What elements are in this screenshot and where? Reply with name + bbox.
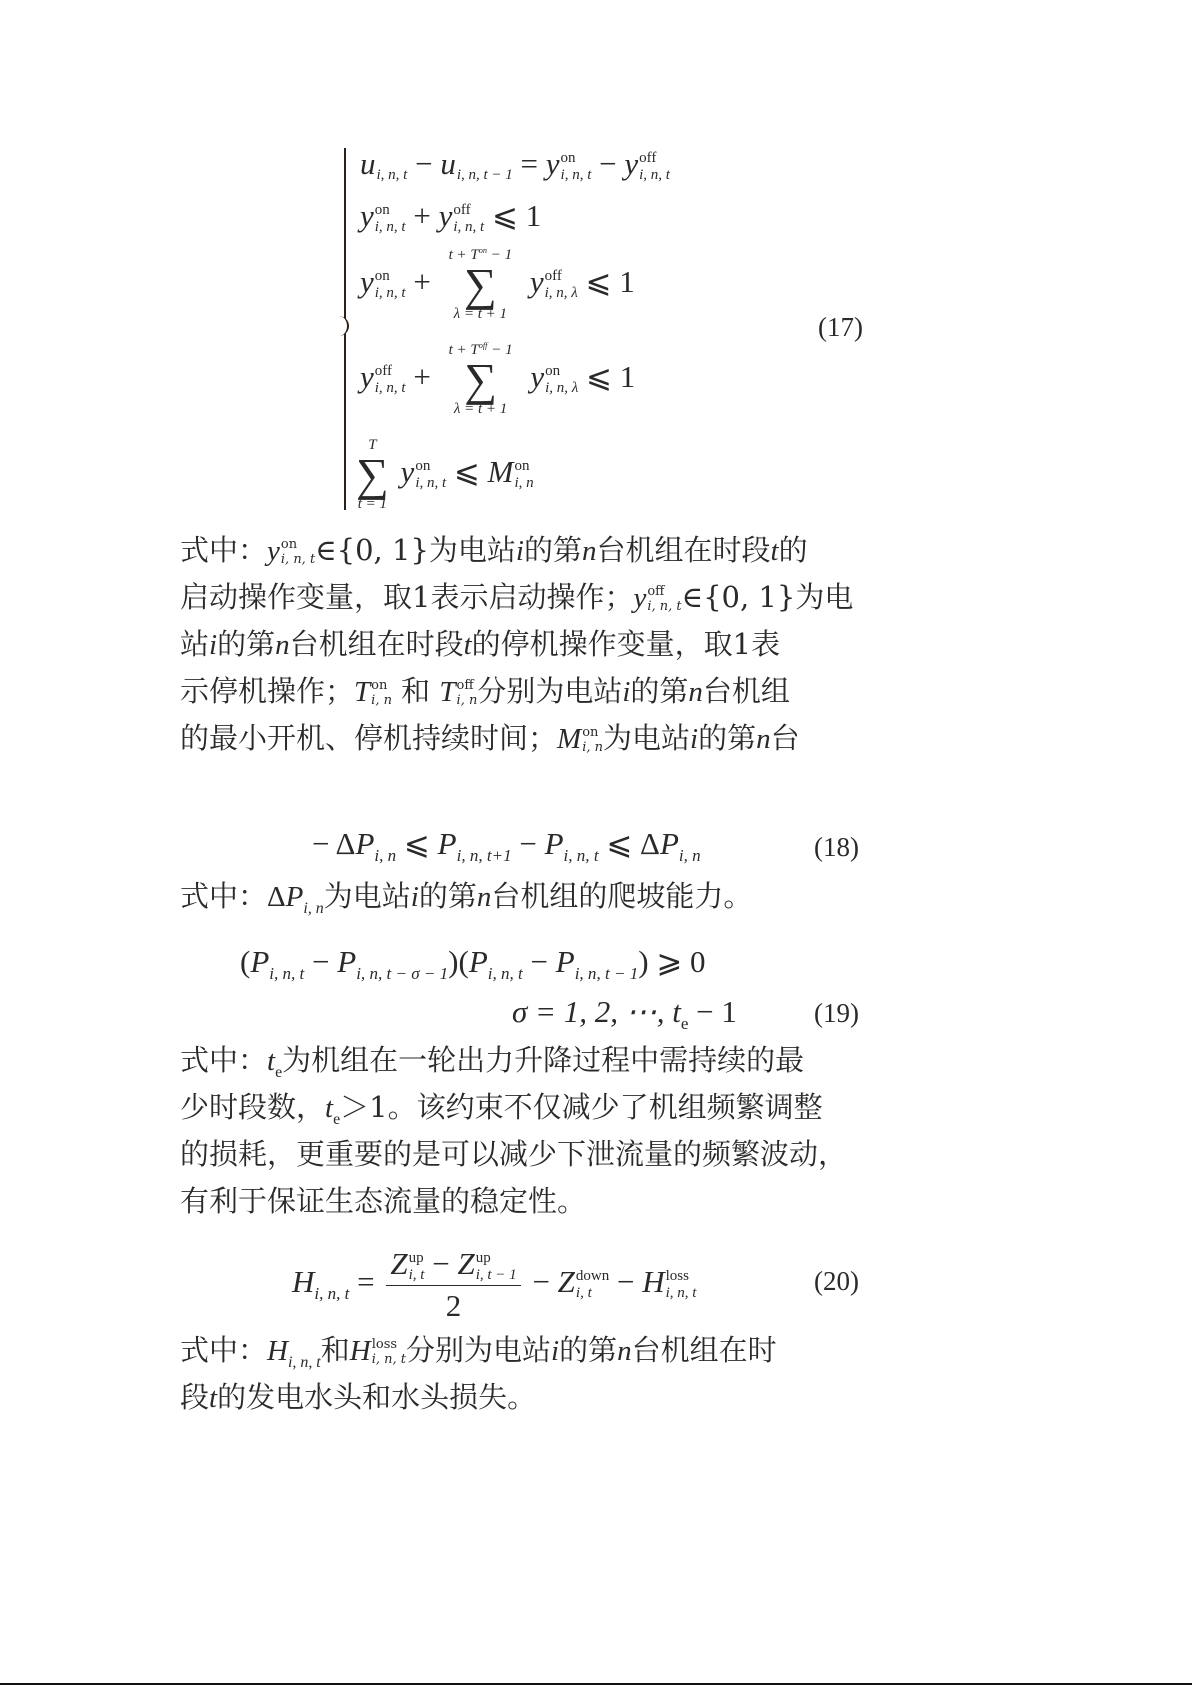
equation-number-17: (17) (818, 312, 863, 343)
paragraph-17-line-5: 的最小开机、停机持续时间；Moni, n为电站i的第n台 (180, 716, 800, 761)
equation-19-line-2: σ = 1, 2, ⋯, te − 1 (512, 994, 737, 1030)
paragraph-19-line-3: 的损耗，更重要的是可以减少下泄流量的频繁波动， (180, 1132, 847, 1176)
paragraph-17-line-2: 启动操作变量，取1表示启动操作；yoffi, n, t∈{0, 1}为电 (180, 575, 853, 620)
equation-18: − ΔPi, n ⩽ Pi, n, t+1 − Pi, n, t ⩽ ΔPi, … (312, 826, 701, 862)
equation-number-18: (18) (814, 832, 859, 863)
eq17-row-5: T ∑ t = 1 yoni, n, t ⩽ Moni, n (356, 438, 534, 512)
paragraph-18: 式中：ΔPi, n为电站i的第n台机组的爬坡能力。 (180, 874, 752, 919)
eq17-row-3: yoni, n, t + t + Ton − 1 ∑ λ = t + 1 yof… (360, 248, 635, 322)
paragraph-20-line-1: 式中：Hi, n, t和Hlossi, n, t分别为电站i的第n台机组在时 (180, 1328, 777, 1373)
paragraph-17-line-1: 式中：yoni, n, t∈{0, 1}为电站i的第n台机组在时段t的 (180, 528, 808, 573)
equation-20: Hi, n, t = Zupi, t − Zupi, t − 12 − Zdow… (292, 1246, 696, 1324)
paragraph-19-line-1: 式中：te为机组在一轮出力升降过程中需持续的最 (180, 1038, 804, 1083)
eq17-row-1: u i, n, t − u i, n, t − 1 = yoni, n, t −… (360, 146, 670, 183)
summation: t + Toff − 1 ∑ λ = t + 1 (449, 343, 513, 417)
paragraph-17-line-3: 站i的第n台机组在时段t的停机操作变量，取1表 (180, 622, 780, 667)
equation-number-19: (19) (814, 998, 859, 1029)
fraction: Zupi, t − Zupi, t − 12 (386, 1246, 520, 1324)
summation: T ∑ t = 1 (356, 438, 389, 512)
paragraph-19-line-4: 有利于保证生态流量的稳定性。 (180, 1179, 586, 1223)
eq17-row-2: yoni, n, t + yoffi, n, t ⩽ 1 (360, 198, 541, 235)
paragraph-19-line-2: 少时段数，te＞1。该约束不仅减少了机组频繁调整 (180, 1085, 823, 1130)
eq17-row-4: yoffi, n, t + t + Toff − 1 ∑ λ = t + 1 y… (360, 343, 635, 417)
equation-19-line-1: (Pi, n, t − Pi, n, t − σ − 1)(Pi, n, t −… (240, 944, 706, 980)
paragraph-17-line-4: 示停机操作；Toni, n 和 Toffi, n分别为电站i的第n台机组 (180, 669, 790, 714)
summation: t + Ton − 1 ∑ λ = t + 1 (449, 248, 513, 322)
equation-number-20: (20) (814, 1266, 859, 1297)
paragraph-20-line-2: 段t的发电水头和水头损失。 (180, 1375, 536, 1420)
